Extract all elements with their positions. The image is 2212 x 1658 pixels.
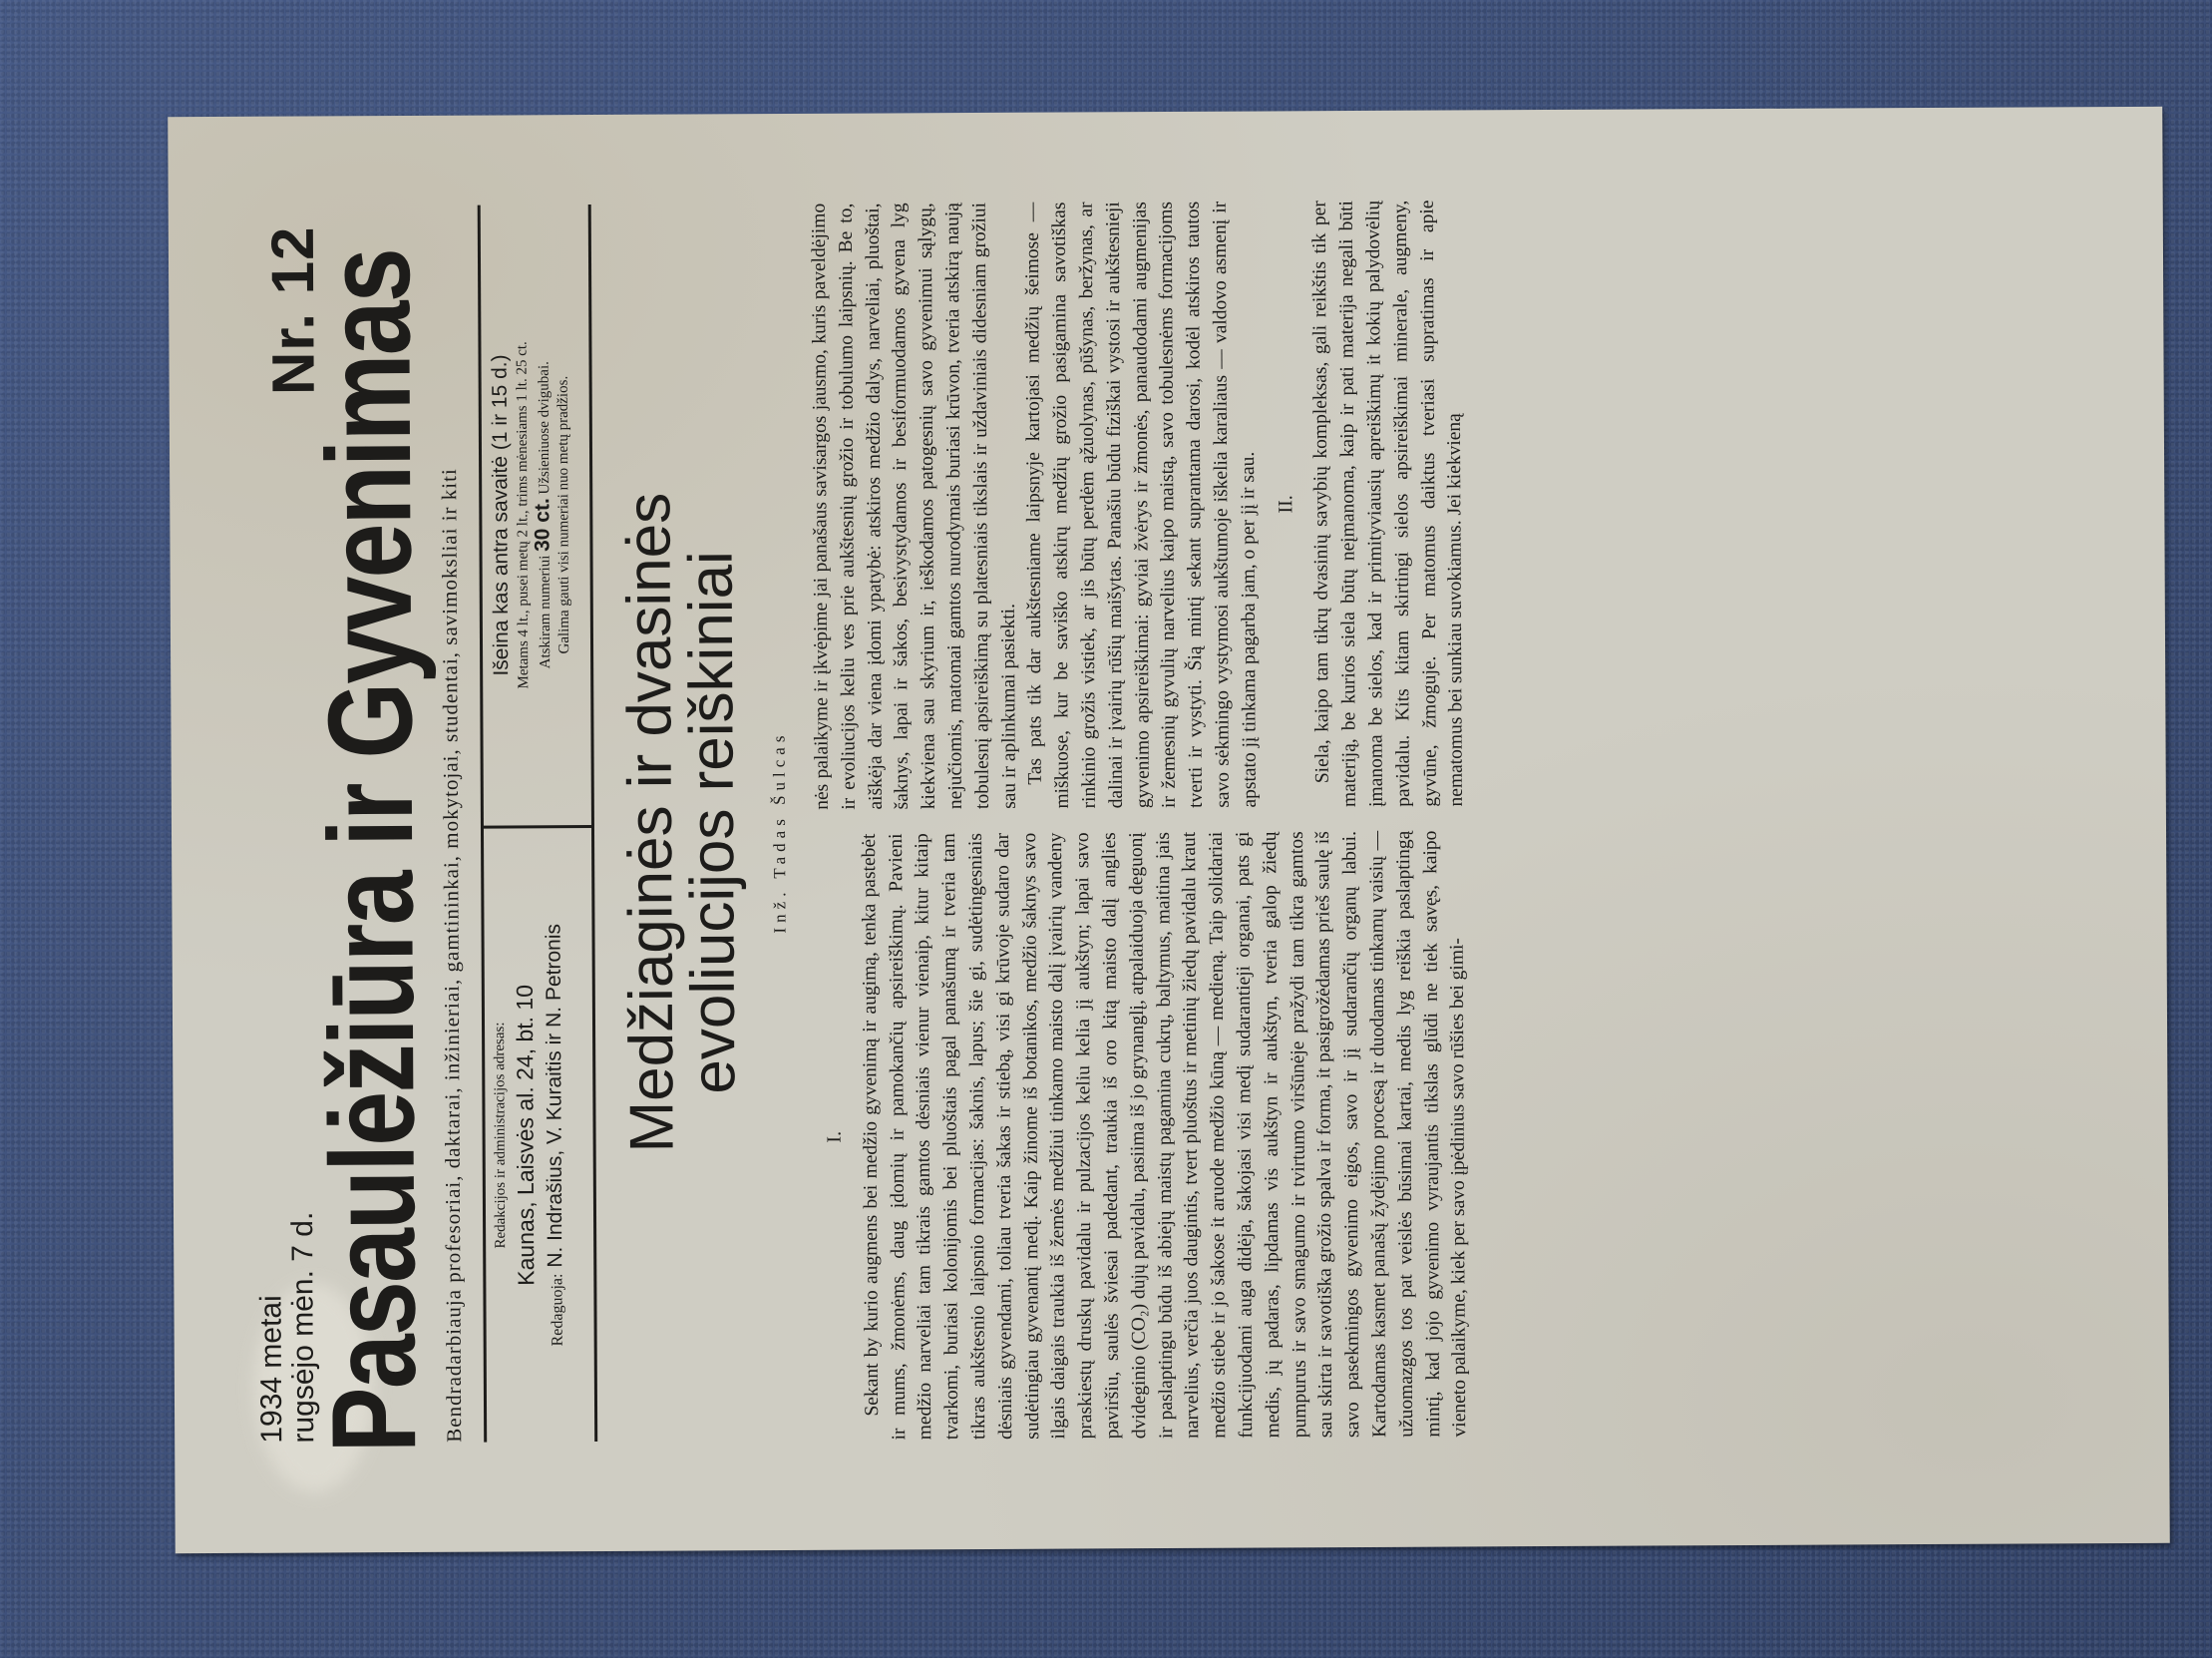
newspaper-sheet: 1934 metai rugsėjo mėn. 7 d. Nr. 12 Pasa… <box>168 107 2170 1553</box>
contributors-line: Bendradarbiauja profesoriai, daktarai, i… <box>436 206 467 1443</box>
article-title: Medžiaginės ir dvasinės evoliucijos reiš… <box>617 273 747 1372</box>
editors-label: Redaguoja: <box>549 1274 565 1347</box>
paragraph: Sekant by kurio augmens bei medžio gyven… <box>857 830 1475 1440</box>
column-2: nės palaikyme ir įkvėpime jai panašaus s… <box>807 197 2106 810</box>
section-heading-1: I. <box>820 834 850 1441</box>
newspaper-title: Pasaulėžiūra ir Gyvenimas <box>309 422 434 1453</box>
single-issue-label: Atskiram numeriui <box>538 556 554 669</box>
editors: Redaguoja: N. Indrašius, V. Kuraitis ir … <box>539 828 573 1442</box>
subscription-info: Išeina kas antra savaitė (1 ir 15 d.) Me… <box>487 205 575 825</box>
editorial-info: Redakcijos ir administracijos adresas: K… <box>490 828 573 1442</box>
info-divider <box>484 825 591 829</box>
article-title-line1: Medžiaginės ir dvasinės <box>617 274 685 1372</box>
paragraph: Siela, kaipo tam tikrų dvasinių savybių … <box>1307 200 1471 807</box>
year-line: 1934 metai <box>255 1212 288 1444</box>
paragraph: Tas pats tik dar aukštesniame laipsnyje … <box>1020 202 1264 809</box>
publication-frequency: Išeina kas antra savaitė (1 ir 15 d.) <box>487 205 516 825</box>
back-issues-note: Galima gauti visi numeriai nuo metų prad… <box>553 205 575 825</box>
single-issue-price: Atskiram numeriui 30 ct. Užsieniuose dvi… <box>532 205 556 825</box>
foreign-price-note: Užsieniuose dvigubai. <box>537 361 553 494</box>
newspaper-page: 1934 metai rugsėjo mėn. 7 d. Nr. 12 Pasa… <box>168 107 2170 1553</box>
column-1: I. Sekant by kurio augmens bei medžio gy… <box>810 827 2109 1441</box>
editors-names: N. Indrašius, V. Kuraitis ir N. Petronis <box>542 924 566 1268</box>
info-box: Redakcijos ir administracijos adresas: K… <box>478 205 597 1443</box>
section-heading-2: II. <box>1271 201 1300 807</box>
article-title-line2: evoliucijos reiškiniai <box>679 273 747 1371</box>
single-issue-value: 30 ct. <box>531 498 553 552</box>
paragraph: nės palaikyme ir įkvėpime jai panašaus s… <box>807 203 1024 810</box>
article-author: Inž. Tadas Šulcas <box>766 114 794 1550</box>
address: Kaunas, Laisvės al. 24, bt. 10 <box>509 828 542 1442</box>
article-body: I. Sekant by kurio augmens bei medžio gy… <box>807 197 2109 1441</box>
